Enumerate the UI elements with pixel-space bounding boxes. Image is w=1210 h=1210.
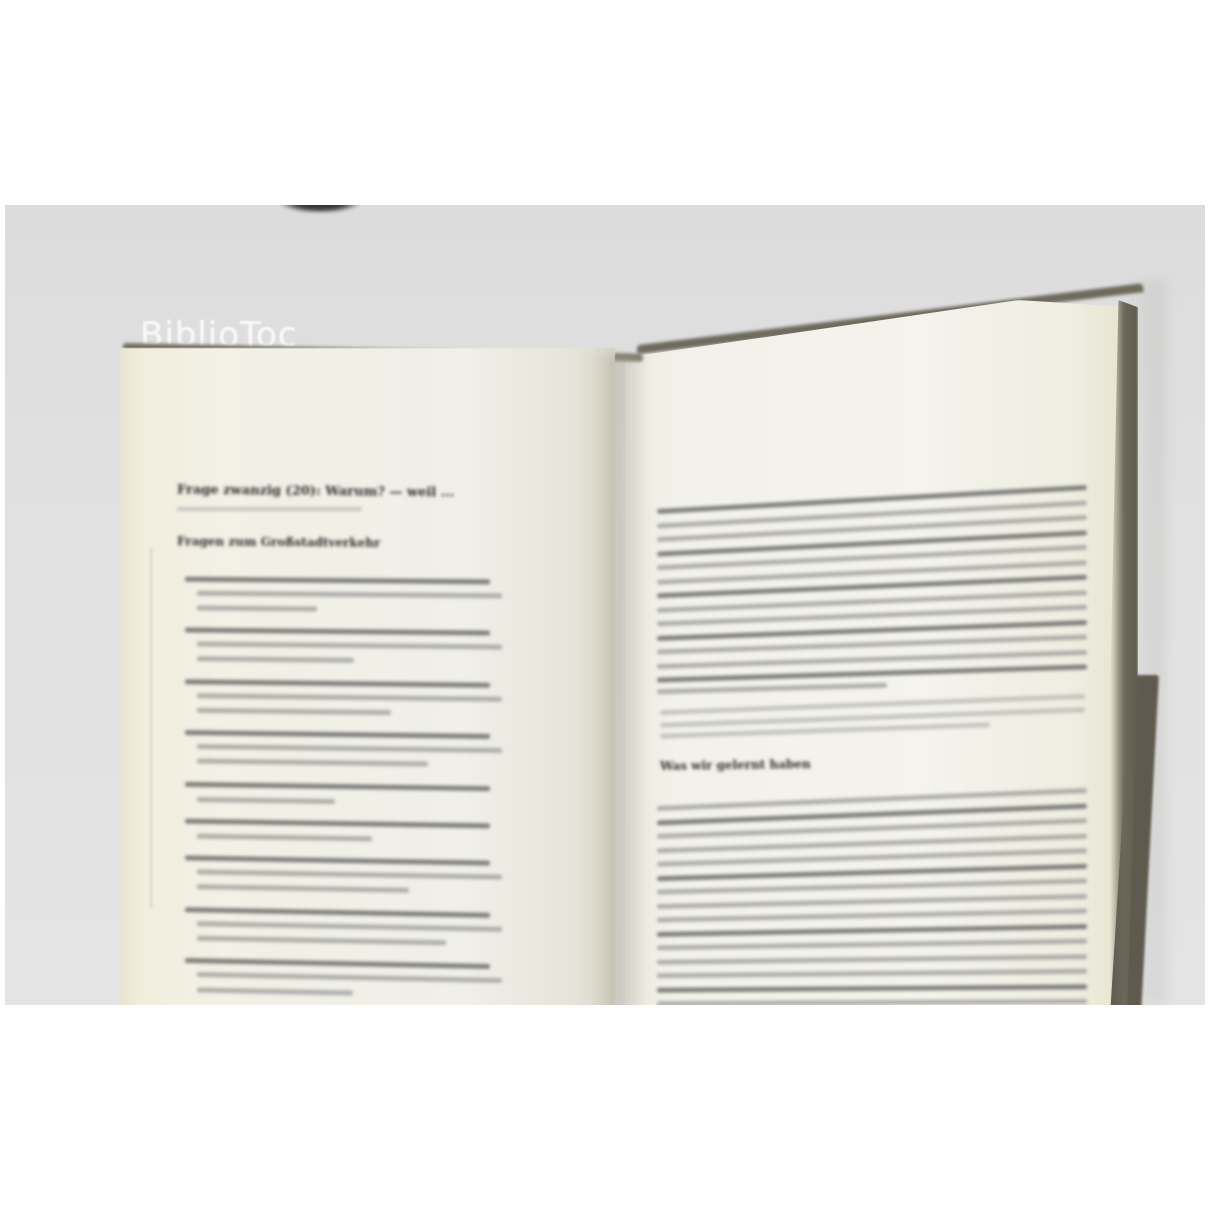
photo: BiblioToc Frage zwanzig (20): Warum? — w… — [5, 205, 1205, 1005]
text-line — [197, 605, 317, 611]
left-page-subtitle — [177, 507, 362, 511]
open-book: Frage zwanzig (20): Warum? — weil ... Fr… — [5, 205, 1205, 1005]
left-page-title: Frage zwanzig (20): Warum? — weil ... — [177, 483, 454, 501]
book-spine — [595, 355, 645, 1005]
right-page-section-heading: Was wir gelernt haben — [660, 757, 811, 773]
left-page-section-heading: Fragen zum Großstadtverkehr — [177, 534, 380, 550]
